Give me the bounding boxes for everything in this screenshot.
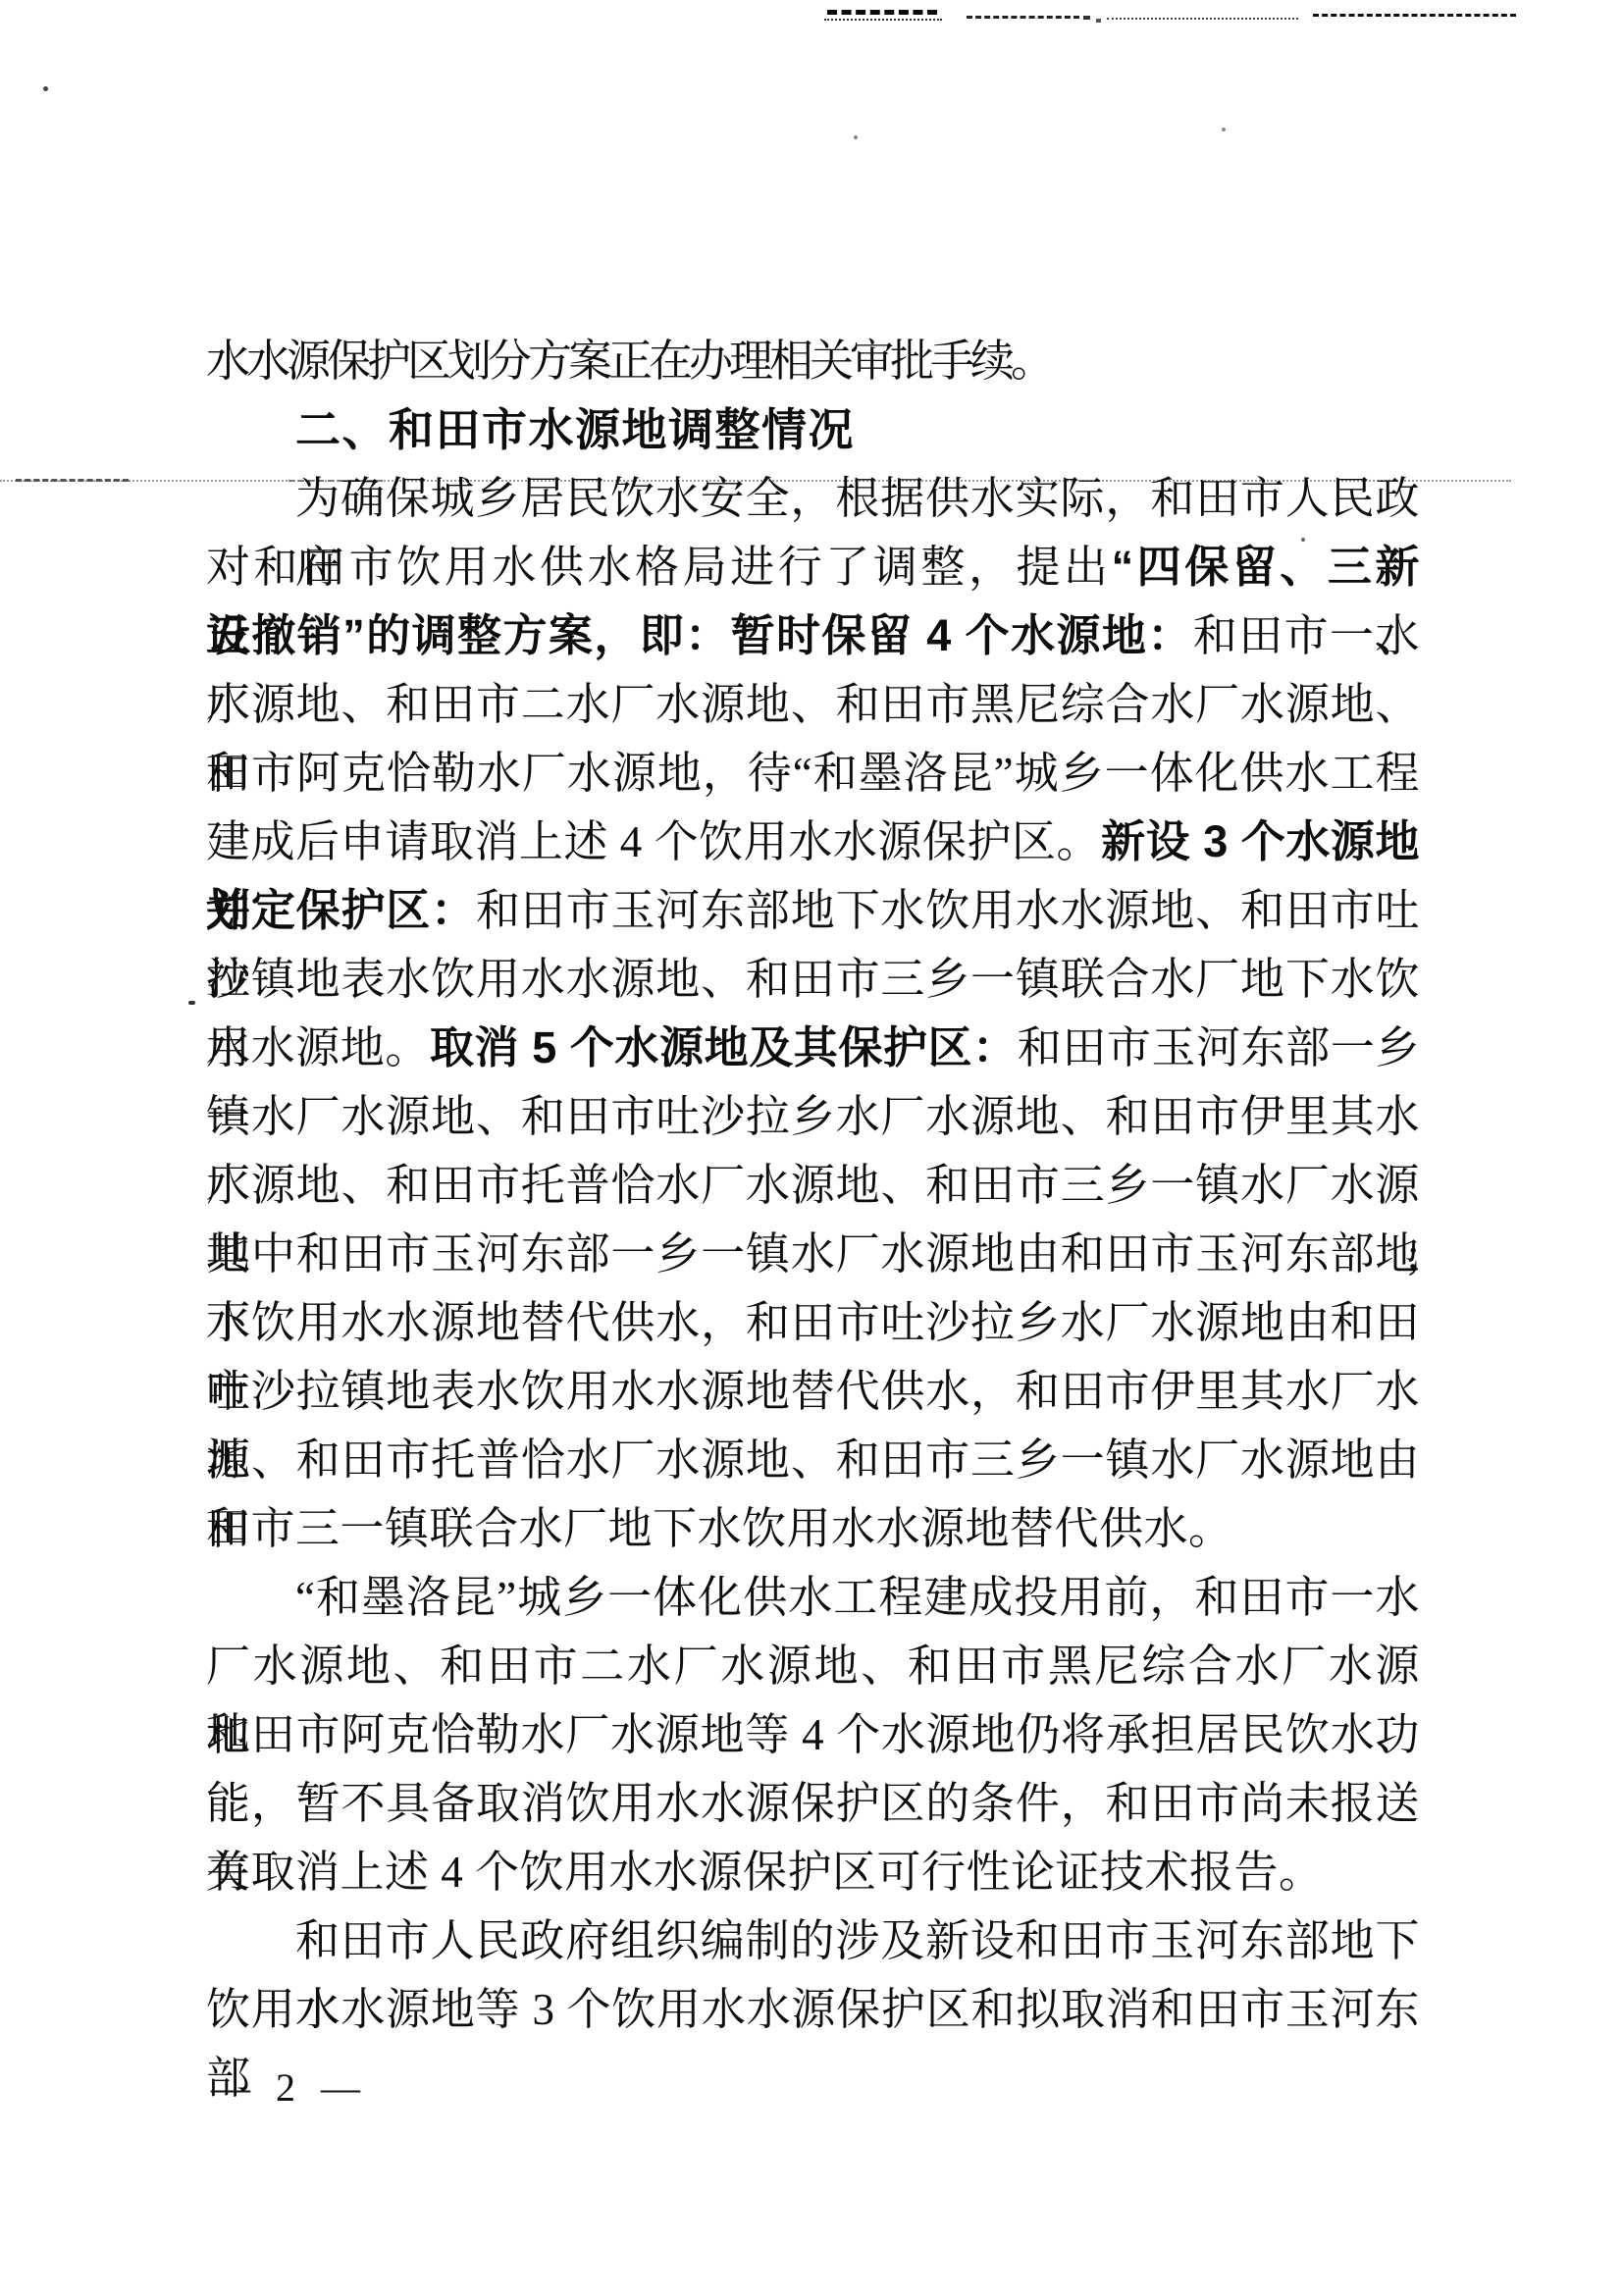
text-line: 水源地、和田市托普恰水厂水源地、和田市三乡一镇水厂水源地; (206, 1151, 1420, 1220)
scan-artifact-top-dash (1313, 14, 1516, 17)
text-line: 镇水厂水源地、和田市吐沙拉乡水厂水源地、和田市伊里其水厂 (206, 1082, 1420, 1151)
text-line: “和墨洛昆”城乡一体化供水工程建成投用前，和田市一水 (206, 1563, 1420, 1632)
scan-artifact-top-dash (824, 19, 942, 21)
text-line: 五撤销”的调整方案，即：暂时保留 4 个水源地：和田市一水厂 (206, 601, 1420, 670)
scan-artifact-dot (1096, 19, 1101, 23)
text-line: 对和田市饮用水供水格局进行了调整，提出“四保留、三新设、 (206, 533, 1420, 601)
text-line: 田市三一镇联合水厂地下水饮用水水源地替代供水。 (206, 1494, 1420, 1563)
text-line: 水水源地。取消 5 个水源地及其保护区：和田市玉河东部一乡一 (206, 1014, 1420, 1082)
body-text: 和田市阿克恰勒水厂水源地等 4 个水源地仍将承担居民饮水功 (206, 1710, 1420, 1759)
scan-speck (1222, 128, 1226, 131)
text-line: 建成后申请取消上述 4 个饮用水水源保护区。新设 3 个水源地并 (206, 808, 1420, 876)
body-text: 水水源保护区划分方案正在办理相关审批手续。 (206, 337, 1051, 386)
text-line: 吐沙拉镇地表水饮用水水源地替代供水，和田市伊里其水厂水源 (206, 1357, 1420, 1426)
scan-artifact-top-dash (1107, 18, 1298, 20)
text-line: 水水源保护区划分方案正在办理相关审批手续。 (206, 327, 1420, 395)
text-line: 为确保城乡居民饮水安全，根据供水实际，和田市人民政府 (206, 464, 1420, 533)
body-text: 饮用水水源地等 3 个饮用水水源保护区和拟取消和田市玉河东部 (206, 1985, 1420, 2103)
section-heading: 二、和田市水源地调整情况 (206, 395, 1420, 464)
text-line: 厂水源地、和田市二水厂水源地、和田市黑尼综合水厂水源地、 (206, 1632, 1420, 1700)
scan-artifact-top-dash (967, 16, 1079, 19)
body-text: 田市三一镇联合水厂地下水饮用水水源地替代供水。 (206, 1504, 1233, 1553)
text-line: 能，暂不具备取消饮用水水源保护区的条件，和田市尚未报送有 (206, 1769, 1420, 1838)
text-line: 地、和田市托普恰水厂水源地、和田市三乡一镇水厂水源地由和 (206, 1426, 1420, 1494)
text-line: 饮用水水源地等 3 个饮用水水源保护区和拟取消和田市玉河东部 (206, 1975, 1420, 2044)
body-text: 对和田市饮用水供水格局进行了调整，提出 (206, 543, 1112, 592)
bold-text: 划定保护区： (206, 885, 476, 935)
body-text: 关取消上述 4 个饮用水水源保护区可行性论证技术报告。 (206, 1848, 1324, 1897)
body-text: “和墨洛昆”城乡一体化供水工程建成投用前，和田市一水 (295, 1573, 1420, 1622)
scanned-document-page: 水水源保护区划分方案正在办理相关审批手续。二、和田市水源地调整情况为确保城乡居民… (0, 0, 1623, 2296)
text-line: 其中和田市玉河东部一乡一镇水厂水源地由和田市玉河东部地下 (206, 1220, 1420, 1288)
scan-speck (854, 135, 858, 139)
scan-speck (188, 1001, 195, 1005)
text-line: 关取消上述 4 个饮用水水源保护区可行性论证技术报告。 (206, 1838, 1420, 1906)
scan-speck (43, 86, 48, 91)
body-text: 建成后申请取消上述 4 个饮用水水源保护区。 (206, 817, 1101, 866)
scan-fold-dark-segment (16, 479, 129, 482)
text-line: 划定保护区：和田市玉河东部地下水饮用水水源地、和田市吐沙 (206, 876, 1420, 945)
bold-text: 五撤销”的调整方案，即：暂时保留 4 个水源地： (206, 610, 1193, 660)
bold-text: 二、和田市水源地调整情况 (295, 404, 855, 455)
body-text: 水水源地。 (206, 1023, 430, 1072)
text-line: 水源地、和田市二水厂水源地、和田市黑尼综合水厂水源地、和 (206, 670, 1420, 739)
text-line: 水饮用水水源地替代供水，和田市吐沙拉乡水厂水源地由和田市 (206, 1288, 1420, 1357)
document-body: 水水源保护区划分方案正在办理相关审批手续。二、和田市水源地调整情况为确保城乡居民… (206, 327, 1420, 2044)
scan-artifact-dot (1083, 16, 1090, 20)
text-line: 和田市阿克恰勒水厂水源地等 4 个水源地仍将承担居民饮水功 (206, 1700, 1420, 1769)
text-line: 田市阿克恰勒水厂水源地，待“和墨洛昆”城乡一体化供水工程 (206, 739, 1420, 808)
text-line: 和田市人民政府组织编制的涉及新设和田市玉河东部地下水 (206, 1906, 1420, 1975)
body-text: 田市阿克恰勒水厂水源地，待“和墨洛昆”城乡一体化供水工程 (206, 749, 1420, 798)
text-line: 拉镇地表水饮用水水源地、和田市三乡一镇联合水厂地下水饮用 (206, 945, 1420, 1014)
page-number: — 2 — (211, 2059, 368, 2117)
scan-artifact-top-dash (827, 10, 937, 15)
bold-text: 取消 5 个水源地及其保护区： (430, 1022, 1018, 1072)
